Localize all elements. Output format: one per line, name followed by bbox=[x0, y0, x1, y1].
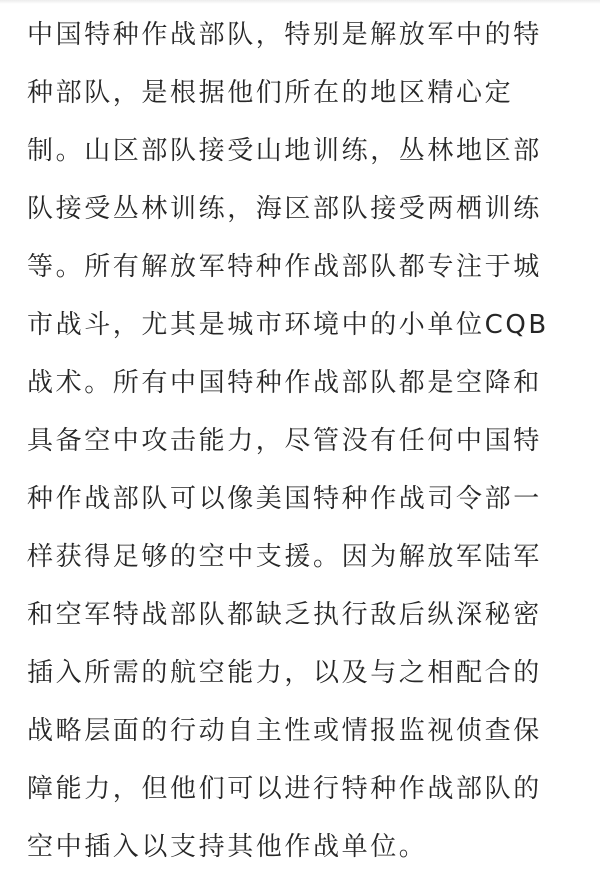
text-line: 战术。所有中国特种作战部队都是空降和 bbox=[27, 368, 542, 398]
text-line: 种部队，是根据他们所在的地区精心定 bbox=[27, 78, 513, 108]
text-line: 等。所有解放军特种作战部队都专注于城 bbox=[27, 252, 542, 282]
text-line: 制。山区部队接受山地训练，丛林地区部 bbox=[27, 136, 542, 166]
text-line: 战略层面的行动自主性或情报监视侦查保 bbox=[27, 716, 542, 746]
text-line: 障能力，但他们可以进行特种作战部队的 bbox=[27, 774, 542, 804]
text-line: 具备空中攻击能力，尽管没有任何中国特 bbox=[27, 426, 542, 456]
text-line: 队接受丛林训练，海区部队接受两栖训练 bbox=[27, 194, 542, 224]
text-line: 空中插入以支持其他作战单位。 bbox=[27, 832, 427, 862]
text-line: 中国特种作战部队，特别是解放军中的特 bbox=[27, 20, 542, 50]
text-line: 市战斗，尤其是城市环境中的小单位CQB bbox=[27, 310, 549, 340]
top-edge-shadow bbox=[0, 0, 600, 4]
text-line: 插入所需的航空能力，以及与之相配合的 bbox=[27, 658, 542, 688]
text-line: 样获得足够的空中支援。因为解放军陆军 bbox=[27, 542, 542, 572]
text-line: 种作战部队可以像美国特种作战司令部一 bbox=[27, 484, 542, 514]
text-line: 和空军特战部队都缺乏执行敌后纵深秘密 bbox=[27, 600, 542, 630]
